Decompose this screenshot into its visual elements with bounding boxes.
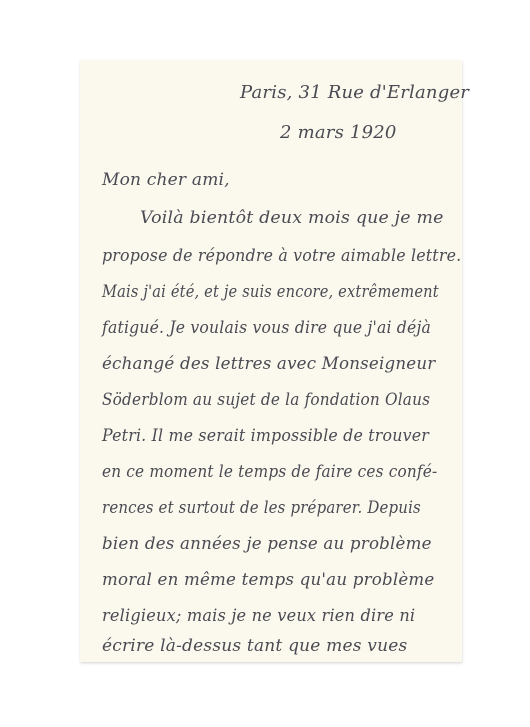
letter-page: Paris, 31 Rue d'Erlanger 2 mars 1920 Mon… [80,60,462,662]
letter-line: religieux; mais je ne veux rien dire ni [102,606,415,626]
letter-date: 2 mars 1920 [280,122,397,143]
letter-line: en ce moment le temps de faire ces confé… [102,462,437,482]
letter-line: écrire là-dessus tant que mes vues [102,636,407,656]
letter-line: Söderblom au sujet de la fondation Olaus [102,390,430,410]
letter-line: échangé des lettres avec Monseigneur [102,354,435,374]
letter-line: fatigué. Je voulais vous dire que j'ai d… [102,318,431,338]
letter-salutation: Mon cher ami, [102,170,230,190]
letter-line: Mais j'ai été, et je suis encore, extrêm… [102,282,439,302]
letter-line: Voilà bientôt deux mois que je me [140,208,444,228]
letter-line: moral en même temps qu'au problème [102,570,434,590]
letter-line: propose de répondre à votre aimable lett… [102,246,461,266]
letter-address: Paris, 31 Rue d'Erlanger [240,82,469,103]
letter-line: rences et surtout de les préparer. Depui… [102,498,421,518]
letter-line: Petri. Il me serait impossible de trouve… [102,426,429,446]
letter-line: bien des années je pense au problème [102,534,432,554]
